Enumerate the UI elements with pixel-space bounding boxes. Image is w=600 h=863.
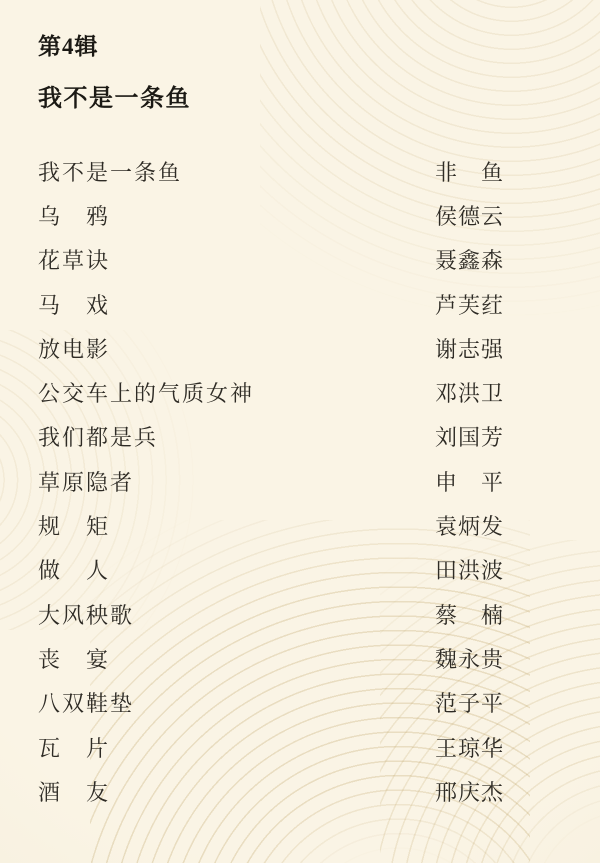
toc-entry-title: 我们都是兵 [38,421,158,452]
toc-list: 我不是一条鱼 非 鱼 乌 鸦 侯德云 花草诀 聂鑫森 马 戏 芦芙荭 放电影 谢… [38,149,572,813]
toc-entry-title: 乌 鸦 [38,200,110,231]
toc-row: 乌 鸦 侯德云 [38,193,572,237]
toc-entry-title: 八双鞋垫 [38,687,134,718]
toc-entry-author: 刘国芳 [435,421,504,452]
toc-entry-title: 草原隐者 [38,466,134,497]
toc-entry-author: 聂鑫森 [435,244,504,275]
toc-row: 草原隐者 申 平 [38,459,572,503]
toc-entry-title: 马 戏 [38,289,110,320]
toc-row: 规 矩 袁炳发 [38,503,572,547]
toc-row: 公交车上的气质女神 邓洪卫 [38,370,572,414]
toc-entry-author: 侯德云 [435,200,504,231]
toc-row: 酒 友 邢庆杰 [38,769,572,813]
toc-entry-author: 田洪波 [435,554,504,585]
toc-row: 我们都是兵 刘国芳 [38,415,572,459]
toc-entry-title: 公交车上的气质女神 [38,377,254,408]
toc-entry-author: 邓洪卫 [435,377,504,408]
toc-entry-title: 丧 宴 [38,643,110,674]
toc-entry-title: 规 矩 [38,510,110,541]
toc-entry-author: 袁炳发 [435,510,504,541]
toc-row: 瓦 片 王琼华 [38,725,572,769]
toc-page: 第4辑 我不是一条鱼 我不是一条鱼 非 鱼 乌 鸦 侯德云 花草诀 聂鑫森 马 … [0,0,600,863]
toc-entry-title: 瓦 片 [38,732,110,763]
toc-row: 我不是一条鱼 非 鱼 [38,149,572,193]
toc-entry-author: 范子平 [435,687,504,718]
toc-entry-title: 放电影 [38,333,110,364]
toc-entry-author: 芦芙荭 [435,289,504,320]
toc-row: 丧 宴 魏永贵 [38,636,572,680]
toc-entry-author: 王琼华 [435,732,504,763]
toc-row: 放电影 谢志强 [38,326,572,370]
toc-entry-title: 我不是一条鱼 [38,156,182,187]
toc-entry-title: 大风秧歌 [38,599,134,630]
toc-entry-author: 申 平 [435,466,504,497]
toc-entry-title: 花草诀 [38,244,110,275]
toc-row: 马 戏 芦芙荭 [38,282,572,326]
toc-row: 花草诀 聂鑫森 [38,238,572,282]
toc-entry-author: 非 鱼 [435,156,504,187]
toc-entry-author: 蔡 楠 [435,599,504,630]
toc-entry-author: 魏永贵 [435,643,504,674]
toc-row: 大风秧歌 蔡 楠 [38,592,572,636]
toc-entry-author: 邢庆杰 [435,776,504,807]
section-title: 我不是一条鱼 [38,78,191,113]
section-label: 第4辑 [38,28,99,61]
toc-entry-title: 做 人 [38,554,110,585]
toc-row: 八双鞋垫 范子平 [38,681,572,725]
toc-entry-title: 酒 友 [38,776,110,807]
toc-row: 做 人 田洪波 [38,548,572,592]
toc-entry-author: 谢志强 [435,333,504,364]
